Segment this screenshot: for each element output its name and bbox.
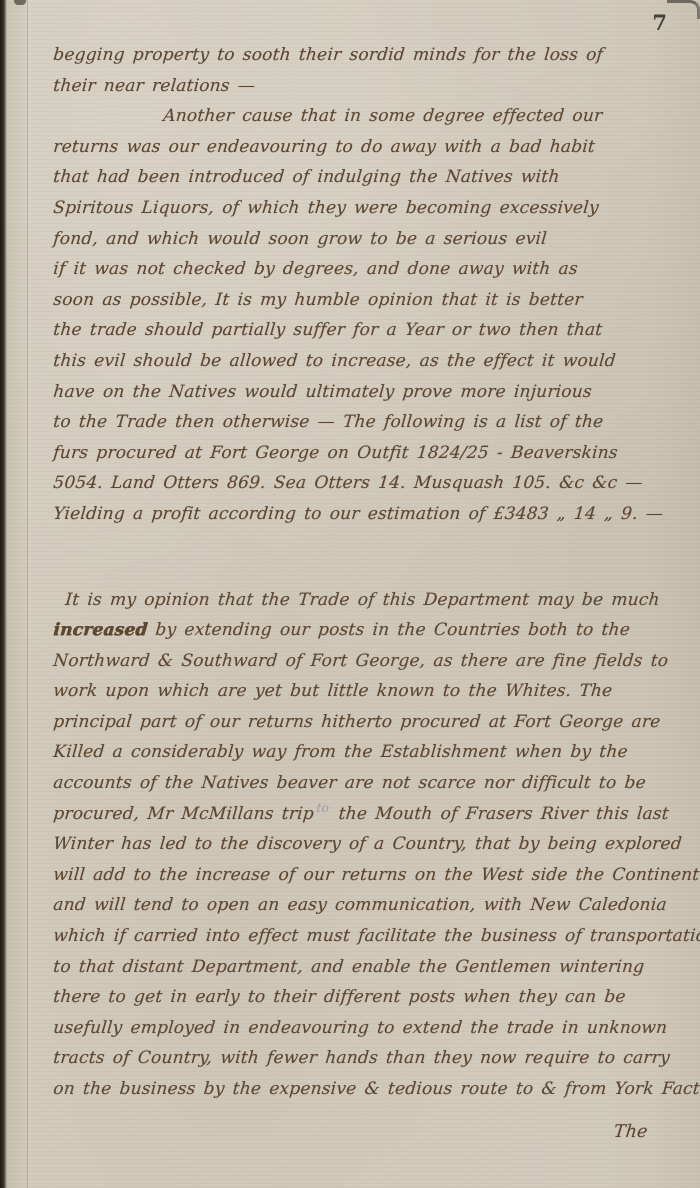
manuscript-line: increased by extending our posts in the … [52, 615, 691, 646]
manuscript-line: soon as possible, It is my humble opinio… [52, 285, 691, 316]
manuscript-line: Winter has led to the discovery of a Cou… [52, 829, 691, 860]
binding-edge [0, 0, 7, 1188]
manuscript-line: Northward & Southward of Fort George, as… [52, 646, 691, 677]
manuscript-line: on the business by the expensive & tedio… [52, 1074, 691, 1105]
manuscript-line: tracts of Country, with fewer hands than… [52, 1043, 691, 1074]
manuscript-line: procured, Mr McMillans tripto the Mouth … [52, 799, 691, 830]
manuscript-line: principal part of our returns hitherto p… [52, 707, 691, 738]
corner-mark-top-right [667, 0, 700, 19]
manuscript-line: have on the Natives would ultimately pro… [52, 377, 691, 408]
manuscript-line: which if carried into effect must facili… [52, 921, 691, 952]
overwritten-word: increased [52, 620, 148, 640]
manuscript-line: that had been introduced of indulging th… [52, 162, 691, 193]
manuscript-line: Yielding a profit according to our estim… [52, 499, 691, 530]
manuscript-line: Another cause that in some degree effect… [52, 101, 691, 132]
manuscript-line: there to get in early to their different… [52, 982, 691, 1013]
manuscript-line: usefully employed in endeavouring to ext… [52, 1013, 691, 1044]
corner-mark-top-left [14, 0, 26, 5]
manuscript-line: returns was our endeavouring to do away … [52, 132, 691, 163]
manuscript-line: their near relations — [52, 71, 691, 102]
pencil-insertion: to [316, 801, 330, 815]
catchword: The [52, 1117, 691, 1148]
manuscript-line: will add to the increase of our returns … [52, 860, 691, 891]
manuscript-line: furs procured at Fort George on Outfit 1… [52, 438, 691, 469]
manuscript-line: this evil should be allowed to increase,… [52, 346, 691, 377]
manuscript-line: Spiritous Liquors, of which they were be… [52, 193, 691, 224]
manuscript-line: the trade should partially suffer for a … [52, 315, 691, 346]
page-number: 7 [652, 10, 668, 35]
manuscript-line: work upon which are yet but little known… [52, 676, 691, 707]
manuscript-line: and will tend to open an easy communicat… [52, 890, 691, 921]
manuscript-line: fond, and which would soon grow to be a … [52, 224, 691, 255]
manuscript-line: It is my opinion that the Trade of this … [52, 585, 691, 616]
manuscript-text: begging property to sooth their sordid m… [52, 40, 688, 1147]
manuscript-line: 5054. Land Otters 869. Sea Otters 14. Mu… [52, 468, 691, 499]
manuscript-line: Killed a considerably way from the Estab… [52, 737, 691, 768]
manuscript-line: to the Trade then otherwise — The follow… [52, 407, 691, 438]
manuscript-line: accounts of the Natives beaver are not s… [52, 768, 691, 799]
manuscript-line: if it was not checked by degrees, and do… [52, 254, 691, 285]
manuscript-line: begging property to sooth their sordid m… [52, 40, 691, 71]
fold-crease-line [27, 0, 28, 1188]
manuscript-line: to that distant Department, and enable t… [52, 952, 691, 983]
manuscript-page-scan: 7 begging property to sooth their sordid… [0, 0, 700, 1188]
